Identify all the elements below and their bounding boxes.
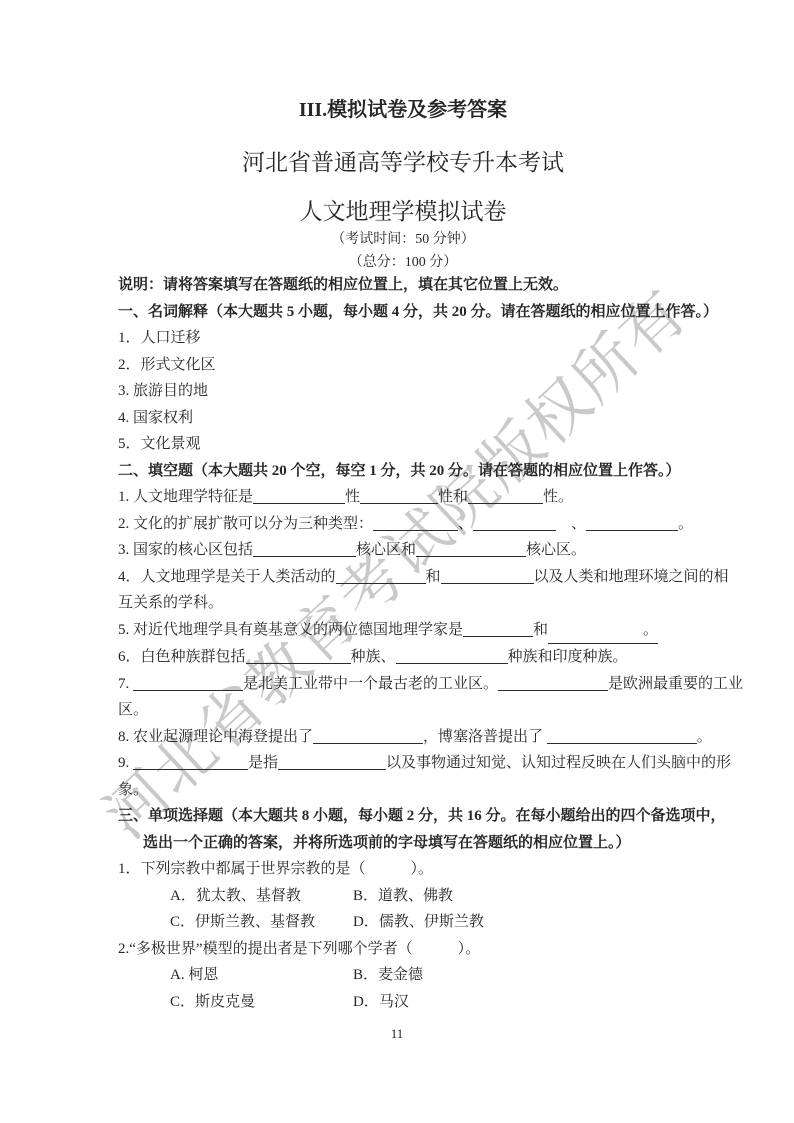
question-text: 和 [533,622,548,638]
fill-in-line: 3. 国家的核心区包括核心区和核心区。 [118,537,688,564]
question-text: 以及事物通过知觉、认知过程反映在人们头脑中的形 [386,755,731,771]
question-text: 性 [345,489,360,505]
question-text: 以及人类和地理环境之间的相 [534,569,729,585]
option-row: A. 柯恩B．麦金德 [118,962,688,989]
question-stem: 1．下列宗教中都属于世界宗教的是（ ）。 [118,856,688,883]
paper-title: 人文地理学模拟试卷 [118,196,688,228]
term-item: 2．形式文化区 [118,352,688,379]
question-text: 和 [426,569,441,585]
question-text: 2. 文化的扩展扩散可以分为三种类型： [118,516,373,532]
blank-underline [246,648,351,664]
fill-in-line: 4．人文地理学是关于人类活动的和以及人类和地理环境之间的相 [118,564,688,591]
question-text: 是北美工业带中一个最古老的工业区。 [243,676,498,692]
multiple-choice-questions: 1．下列宗教中都属于世界宗教的是（ ）。A．犹太教、基督教B．道教、佛教C．伊斯… [118,856,688,1015]
exam-paper-page: 河北省教育考试院版权所有 III.模拟试卷及参考答案 河北省普通高等学校专升本考… [0,0,794,1123]
question-text: 9. [118,755,133,771]
question-text: 区。 [118,702,148,718]
terms-list: 1．人口迁移2．形式文化区3. 旅游目的地4. 国家权利5．文化景观 [118,325,688,458]
fill-in-line: 1. 人文地理学特征是性性和性。 [118,484,688,511]
term-item: 4. 国家权利 [118,405,688,432]
section3-heading-line2: 选出一个正确的答案，并将所选项前的字母填写在答题纸的相应位置上。） [118,830,688,857]
page-number: 11 [0,1026,794,1042]
question-text: 。 [678,516,693,532]
fill-in-line: 2. 文化的扩展扩散可以分为三种类型：、 、。 [118,511,688,538]
question-text: 、 [556,516,586,532]
answer-option: D．儒教、伊斯兰教 [353,909,484,936]
blank-underline [133,754,248,770]
section2-heading: 二、填空题（本大题共 20 个空，每空 1 分，共 20 分。请在答题的相应位置… [118,458,688,485]
term-item: 3. 旅游目的地 [118,378,688,405]
answer-option: C．斯皮克曼 [170,989,353,1016]
question-stem: 2.“多极世界”模型的提出者是下列哪个学者（ ）。 [118,936,688,963]
option-row: A．犹太教、基督教B．道教、佛教 [118,883,688,910]
blank-underline [373,515,458,531]
fill-in-line: 6．白色种族群包括种族、种族和印度种族。 [118,644,688,671]
question-text: 性和 [438,489,468,505]
answer-option: B．麦金德 [353,962,423,989]
fill-in-blank-list: 1. 人文地理学特征是性性和性。2. 文化的扩展扩散可以分为三种类型：、 、。3… [118,484,688,803]
answer-option: A. 柯恩 [170,962,353,989]
answer-option: D．马汉 [353,989,409,1016]
question-text: 种族、 [351,649,396,665]
blank-underline [416,541,526,557]
section-roman-title: III.模拟试卷及参考答案 [118,96,688,124]
term-item: 5．文化景观 [118,431,688,458]
blank-underline [133,675,243,691]
exam-score-line: （总分：100 分） [118,252,688,274]
question-text: 3. 国家的核心区包括 [118,542,253,558]
blank-underline [253,541,356,557]
page-content: III.模拟试卷及参考答案 河北省普通高等学校专升本考试 人文地理学模拟试卷 （… [118,96,688,1015]
question-text: 8. 农业起源理论中海登提出了 [118,729,313,745]
term-item: 1．人口迁移 [118,325,688,352]
exam-title: 河北省普通高等学校专升本考试 [118,147,688,179]
question-text: 6．白色种族群包括 [118,649,246,665]
blank-underline: 。 [548,617,658,645]
fill-in-line: 7. 是北美工业带中一个最古老的工业区。是欧洲最重要的工业 [118,671,688,698]
blank-underline [473,515,556,531]
fill-in-line: 5. 对近代地理学具有奠基意义的两位德国地理学家是和。 [118,617,688,645]
blank-underline [396,648,508,664]
blank-underline [463,621,533,637]
question-text: 核心区和 [356,542,416,558]
fill-in-line: 8. 农业起源理论中海登提出了，博塞洛普提出了 。 [118,724,688,751]
blank-underline [253,488,345,504]
section3-heading-line1: 三、单项选择题（本大题共 8 小题，每小题 2 分，共 16 分。在每小题给出的… [118,803,688,830]
answer-option: A．犹太教、基督教 [170,883,353,910]
question-text: 是欧洲最重要的工业 [608,676,743,692]
section1-heading: 一、名词解释（本大题共 5 小题，每小题 4 分，共 20 分。请在答题纸的相应… [118,299,688,326]
exam-instructions: 说明：请将答案填写在答题纸的相应位置上，填在其它位置上无效。 [118,272,688,299]
question-text: 性。 [543,489,573,505]
fill-in-line: 象。 [118,777,688,804]
question-text: 1. 人文地理学特征是 [118,489,253,505]
exam-time-line: （考试时间：50 分钟） [118,229,688,251]
blank-underline [313,728,423,744]
question-text: 象。 [118,782,148,798]
question-text: 种族和印度种族。 [508,649,628,665]
fill-in-line: 互关系的学科。 [118,590,688,617]
blank-underline [441,568,534,584]
question-text: 5. 对近代地理学具有奠基意义的两位德国地理学家是 [118,622,463,638]
question-text: 、 [458,516,473,532]
fill-in-line: 区。 [118,697,688,724]
blank-underline [336,568,426,584]
question-text: 核心区。 [526,542,586,558]
answer-option: B．道教、佛教 [353,883,453,910]
option-row: C．斯皮克曼D．马汉 [118,989,688,1016]
question-text: 7. [118,676,133,692]
question-text: 是指 [248,755,278,771]
blank-underline [278,754,386,770]
blank-underline [468,488,543,504]
blank-underline [547,728,697,744]
question-text: 。 [697,729,712,745]
option-row: C．伊斯兰教、基督教D．儒教、伊斯兰教 [118,909,688,936]
question-text: ，博塞洛普提出了 [423,729,547,745]
question-text: 4．人文地理学是关于人类活动的 [118,569,336,585]
blank-underline [360,488,438,504]
fill-in-line: 9. 是指以及事物通过知觉、认知过程反映在人们头脑中的形 [118,750,688,777]
blank-underline [586,515,678,531]
question-text: 互关系的学科。 [118,595,223,611]
answer-option: C．伊斯兰教、基督教 [170,909,353,936]
blank-underline [498,675,608,691]
